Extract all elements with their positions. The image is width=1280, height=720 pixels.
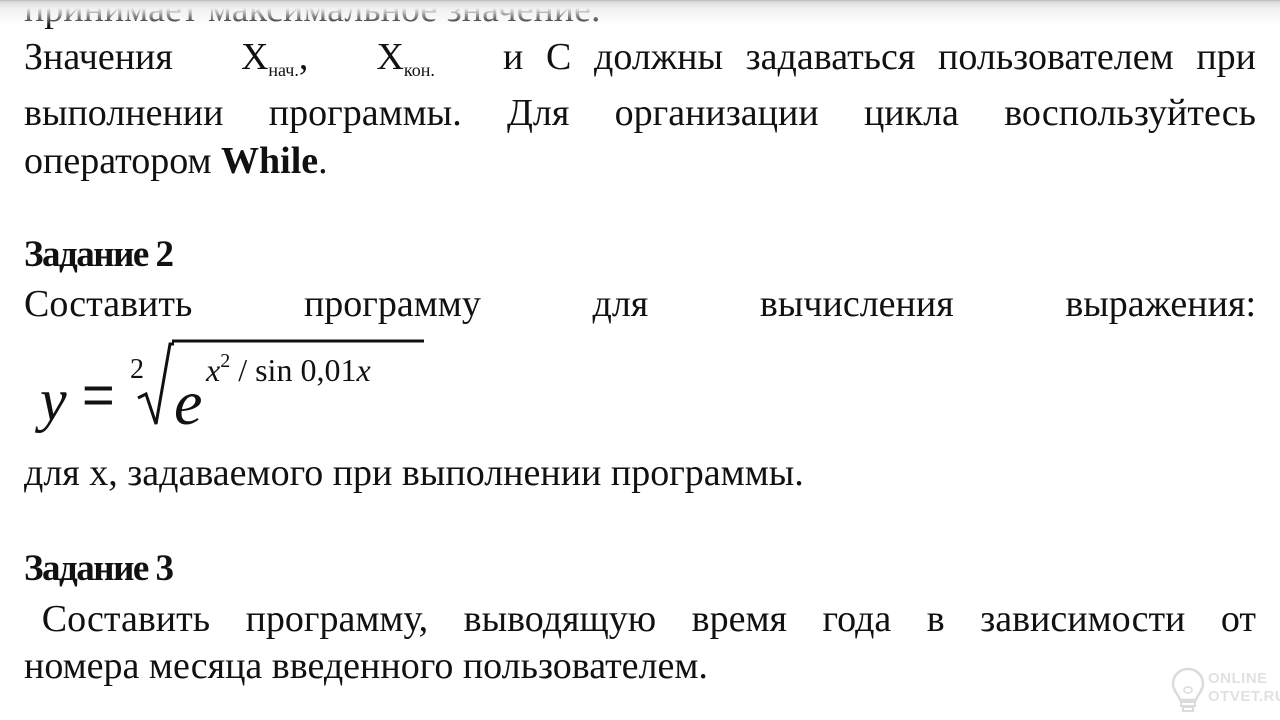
task2-line2: для x, задаваемого при выполнении програ… — [24, 450, 1256, 496]
task3-heading: Задание 3 — [24, 546, 1256, 592]
task2-line1: Составить программу для вычисления выраж… — [24, 281, 1256, 327]
task3-line1: Составить программу, выводящую время год… — [24, 596, 1256, 642]
formula-lhs: y — [40, 366, 67, 435]
task2-heading: Задание 2 — [24, 232, 1256, 278]
x-start-symbol: Xнач., — [241, 36, 308, 78]
formula-exponent: x2 / sin 0,01x — [206, 352, 371, 389]
radical-bar — [172, 338, 424, 344]
formula-equals: = — [82, 362, 115, 427]
x-end-symbol: Xкон. — [376, 36, 434, 78]
paragraph-values-line3: оператором While. — [24, 138, 1256, 184]
lightbulb-icon — [1170, 666, 1206, 714]
paragraph-values-line1: Значения Xнач., Xкон. и C должны задават… — [24, 34, 1256, 80]
paragraph-values-line2: выполнении программы. Для организации ци… — [24, 90, 1256, 136]
task3-line2: номера месяца введенного пользователем. — [24, 643, 1256, 689]
top-shadow — [0, 0, 1280, 26]
formula-base: e — [174, 366, 202, 440]
radical-sign-icon — [134, 340, 174, 428]
watermark-text: ONLINE OTVET.RU — [1208, 670, 1280, 706]
while-keyword: While — [221, 140, 318, 182]
watermark: ONLINE OTVET.RU — [1166, 662, 1274, 716]
formula: y = 2 e x2 / sin 0,01x — [38, 336, 438, 436]
